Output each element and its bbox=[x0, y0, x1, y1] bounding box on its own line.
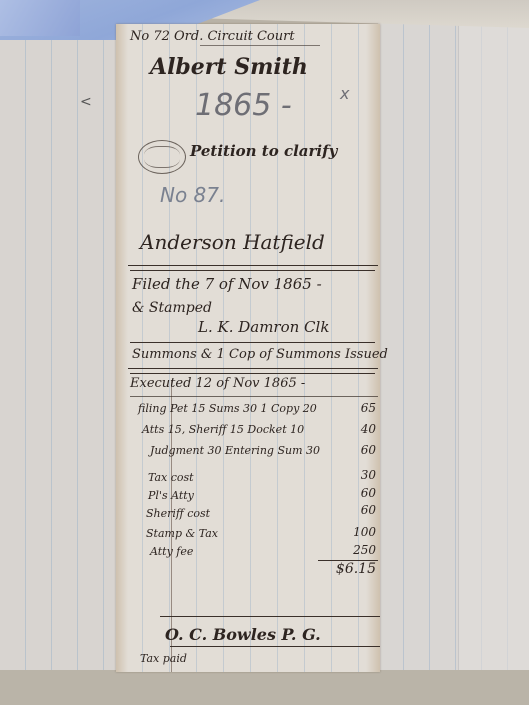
pencil-number: No 87. bbox=[160, 183, 225, 207]
fee-total: $6.15 bbox=[312, 561, 376, 577]
plaintiff-name: Albert Smith bbox=[150, 54, 308, 80]
fee-label: Atts 15, Sheriff 15 Docket 10 bbox=[142, 423, 304, 436]
fee-amount: 40 bbox=[340, 422, 376, 436]
defendant-rule-2 bbox=[130, 270, 375, 271]
summons-rule-2 bbox=[130, 373, 375, 374]
docket-header: No 72 Ord. Circuit Court bbox=[130, 29, 295, 44]
summons-rule-1 bbox=[128, 368, 378, 369]
fee-label: Tax cost bbox=[148, 471, 194, 484]
fee-amount: 60 bbox=[340, 503, 376, 517]
tax-paid-note: Tax paid bbox=[140, 652, 187, 665]
defendant-name: Anderson Hatfield bbox=[140, 230, 325, 254]
signature: O. C. Bowles P. G. bbox=[165, 625, 321, 644]
pencil-x-mark: x bbox=[340, 84, 349, 103]
filed-line: Filed the 7 of Nov 1865 - bbox=[132, 275, 322, 293]
clerk-signature: L. K. Damron Clk bbox=[198, 318, 329, 336]
fee-label: Judgment 30 Entering Sum 30 bbox=[150, 444, 320, 457]
header-underline bbox=[200, 45, 320, 46]
left-sheet-pencil-mark: < bbox=[80, 94, 92, 110]
pencil-year: 1865 - bbox=[195, 88, 292, 123]
signature-rule-bottom bbox=[170, 646, 380, 647]
fee-amount: 65 bbox=[340, 401, 376, 415]
stamped-line: & Stamped bbox=[132, 300, 212, 316]
desk-surface bbox=[0, 670, 529, 705]
fee-amount: 60 bbox=[340, 443, 376, 457]
petition-title: Petition to clarify bbox=[190, 142, 337, 160]
fee-amount: 30 bbox=[340, 468, 376, 482]
pen-flourish-inner bbox=[144, 146, 180, 168]
fee-label: Stamp & Tax bbox=[146, 527, 218, 540]
summons-line: Summons & 1 Cop of Summons Issued bbox=[132, 347, 388, 362]
blue-paper-strip bbox=[0, 0, 80, 36]
right-sheet-fold bbox=[458, 14, 529, 670]
fee-label: Atty fee bbox=[150, 545, 193, 558]
left-ruled-sheet bbox=[0, 32, 120, 670]
defendant-rule-1 bbox=[128, 265, 378, 266]
filed-rule bbox=[130, 342, 375, 343]
fee-label: Pl's Atty bbox=[148, 489, 194, 502]
fee-label: filing Pet 15 Sums 30 1 Copy 20 bbox=[138, 402, 317, 415]
fee-amount: 100 bbox=[340, 525, 376, 539]
fee-amount: 250 bbox=[340, 543, 376, 557]
fee-label: Sheriff cost bbox=[146, 507, 210, 520]
executed-rule bbox=[130, 396, 378, 397]
executed-line: Executed 12 of Nov 1865 - bbox=[130, 376, 305, 391]
fee-amount: 60 bbox=[340, 486, 376, 500]
signature-rule-top bbox=[160, 616, 380, 617]
